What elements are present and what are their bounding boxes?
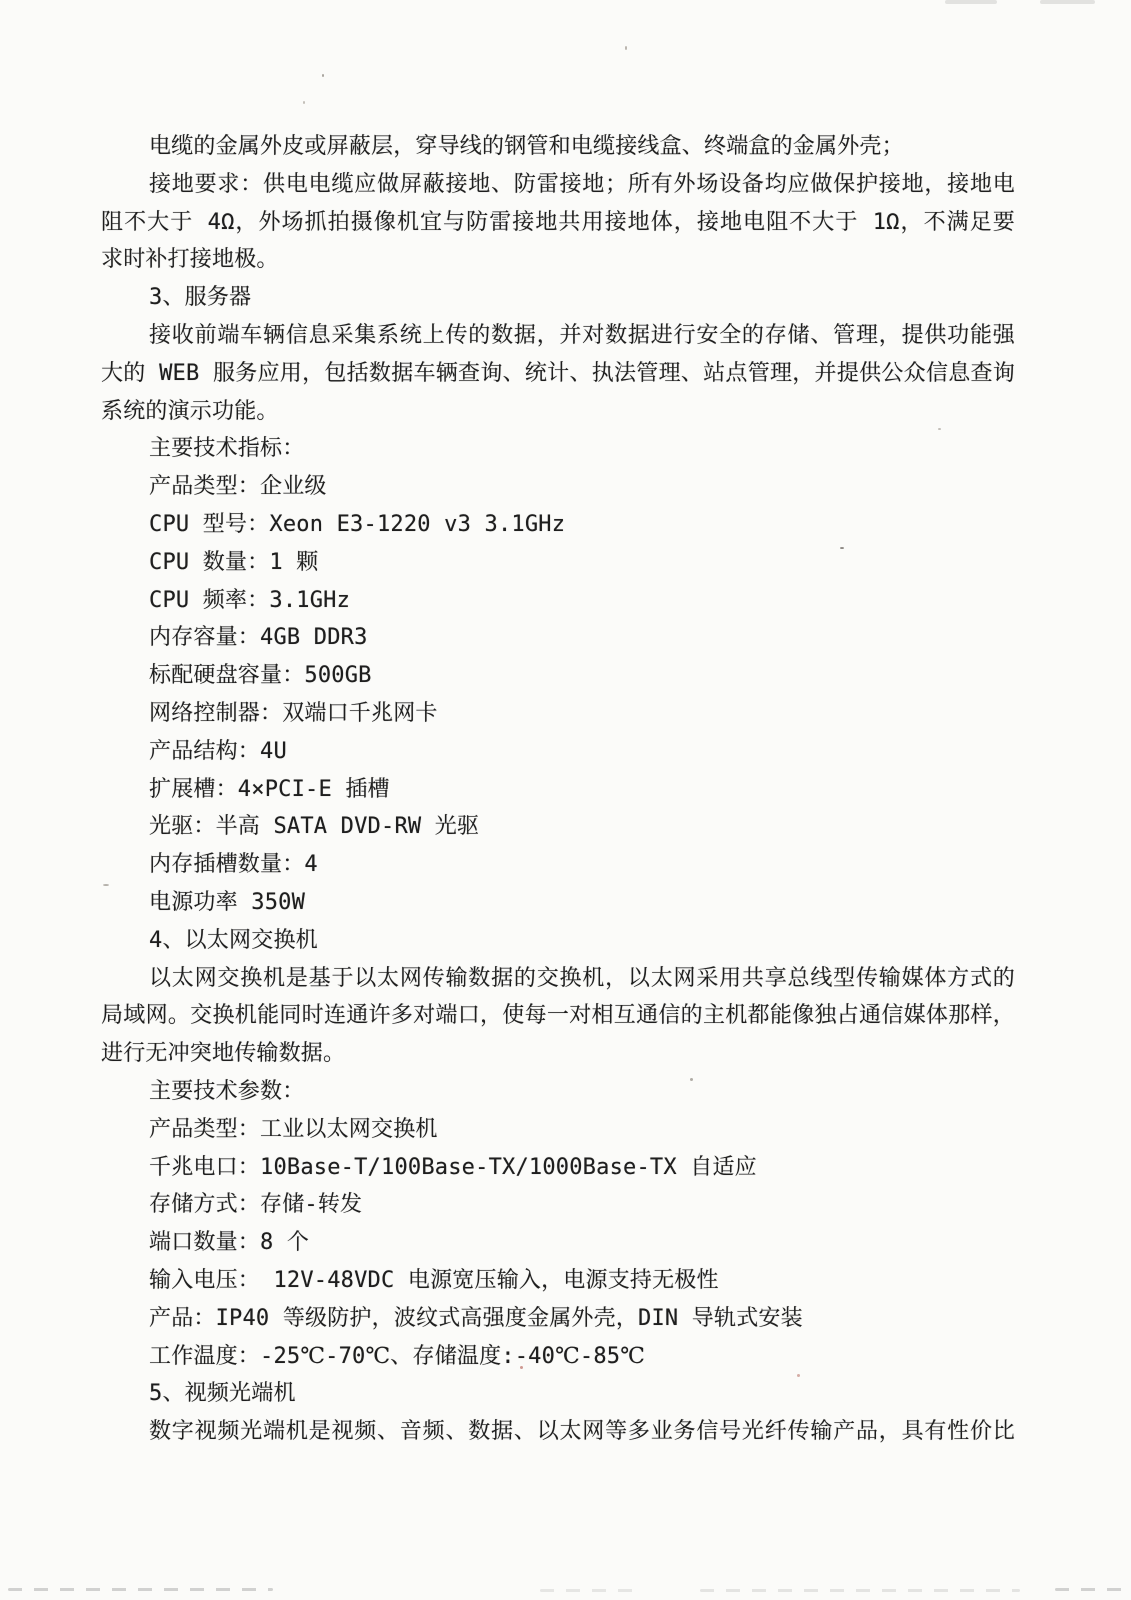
spec-optical-drive: 光驱：半高 SATA DVD-RW 光驱: [101, 808, 1015, 846]
document-body: 电缆的金属外皮或屏蔽层，穿导线的钢管和电缆接线盒、终端盒的金属外壳； 接地要求：…: [101, 128, 1015, 1451]
switch-desc-3: 进行无冲突地传输数据。: [101, 1035, 1015, 1073]
line-cable-shell: 电缆的金属外皮或屏蔽层，穿导线的钢管和电缆接线盒、终端盒的金属外壳；: [101, 128, 1015, 166]
spec-psu-power: 电源功率 350W: [101, 884, 1015, 922]
spec-expansion-slots: 扩展槽：4×PCI-E 插槽: [101, 771, 1015, 809]
heading-video-optical-terminal: 5、视频光端机: [101, 1375, 1015, 1413]
spec-form-factor: 产品结构：4U: [101, 733, 1015, 771]
spec-enclosure-protection: 产品：IP40 等级防护，波纹式高强度金属外壳，DIN 导轨式安装: [101, 1300, 1015, 1338]
spec-hdd-capacity: 标配硬盘容量：500GB: [101, 657, 1015, 695]
server-desc-3: 系统的演示功能。: [101, 393, 1015, 431]
spec-product-type: 产品类型：企业级: [101, 468, 1015, 506]
spec-switching-mode: 存储方式：存储-转发: [101, 1186, 1015, 1224]
line-grounding-3: 求时补打接地极。: [101, 241, 1015, 279]
scanned-document-page: 电缆的金属外皮或屏蔽层，穿导线的钢管和电缆接线盒、终端盒的金属外壳； 接地要求：…: [0, 0, 1131, 1600]
server-desc-2: 大的 WEB 服务应用，包括数据车辆查询、统计、执法管理、站点管理，并提供公众信…: [101, 355, 1015, 393]
spec-network-controller: 网络控制器：双端口千兆网卡: [101, 695, 1015, 733]
server-desc-1: 接收前端车辆信息采集系统上传的数据，并对数据进行安全的存储、管理，提供功能强: [101, 317, 1015, 355]
heading-server: 3、服务器: [101, 279, 1015, 317]
spec-cpu-frequency: CPU 频率：3.1GHz: [101, 582, 1015, 620]
heading-ethernet-switch: 4、以太网交换机: [101, 922, 1015, 960]
scan-artifact: [303, 101, 305, 104]
switch-desc-1: 以太网交换机是基于以太网传输数据的交换机，以太网采用共享总线型传输媒体方式的: [101, 960, 1015, 998]
line-grounding-2: 阻不大于 4Ω，外场抓拍摄像机宜与防雷接地共用接地体，接地电阻不大于 1Ω，不满…: [101, 204, 1015, 242]
spec-gigabit-ports: 千兆电口：10Base-T/100Base-TX/1000Base-TX 自适应: [101, 1149, 1015, 1187]
spec-input-voltage: 输入电压： 12V-48VDC 电源宽压输入，电源支持无极性: [101, 1262, 1015, 1300]
server-specs-title: 主要技术指标：: [101, 430, 1015, 468]
scan-artifact: [322, 74, 324, 77]
scan-artifact: [1055, 1588, 1125, 1591]
switch-desc-2: 局域网。交换机能同时连通许多对端口，使每一对相互通信的主机都能像独占通信媒体那样…: [101, 997, 1015, 1035]
spec-memory-capacity: 内存容量：4GB DDR3: [101, 619, 1015, 657]
spec-operating-temperature: 工作温度：-25℃-70℃、存储温度:-40℃-85℃: [101, 1338, 1015, 1376]
scan-artifact: [8, 1588, 273, 1591]
switch-specs-title: 主要技术参数：: [101, 1073, 1015, 1111]
spec-cpu-count: CPU 数量：1 颗: [101, 544, 1015, 582]
scan-artifact: [625, 46, 627, 50]
spec-cpu-model: CPU 型号：Xeon E3-1220 v3 3.1GHz: [101, 506, 1015, 544]
spec-memory-slots: 内存插槽数量：4: [101, 846, 1015, 884]
spec-port-count: 端口数量：8 个: [101, 1224, 1015, 1262]
scan-artifact: [1040, 0, 1095, 4]
scan-artifact: [540, 1589, 640, 1592]
spec-switch-product-type: 产品类型：工业以太网交换机: [101, 1111, 1015, 1149]
scan-artifact: [700, 1589, 1020, 1592]
video-terminal-desc-1: 数字视频光端机是视频、音频、数据、以太网等多业务信号光纤传输产品，具有性价比: [101, 1413, 1015, 1451]
line-grounding-1: 接地要求：供电电缆应做屏蔽接地、防雷接地；所有外场设备均应做保护接地，接地电: [101, 166, 1015, 204]
scan-artifact: [945, 0, 997, 4]
